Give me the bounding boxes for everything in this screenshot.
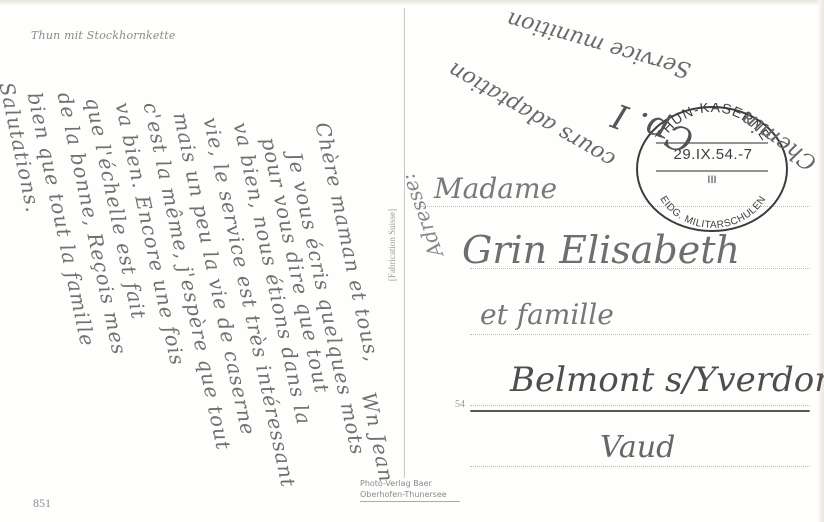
svg-text:EIDG. MILITARSCHULEN: EIDG. MILITARSCHULEN [657,194,768,231]
address-salutation: Madame [434,172,557,205]
address-line-3 [470,334,810,335]
center-divider-line [404,8,405,478]
address-line-5 [470,466,810,467]
address-line-4 [470,405,810,406]
address-town: Belmont s/Yverdon [510,360,824,400]
address-line-2-text: et famille [480,298,614,331]
postmark-number: III [694,174,730,186]
address-canton: Vaud [600,430,675,465]
address-name: Grin Elisabeth [462,228,740,272]
card-number: 851 [33,496,51,511]
publisher-line-1: Photo-Verlag Baer [360,479,432,488]
annotation-service: Service munition [504,6,693,82]
postmark-bottom-text: EIDG. MILITARSCHULEN [657,194,768,231]
publisher-rule [360,501,460,502]
handwritten-underline [470,410,810,412]
card-top-edge [0,0,824,6]
printed-caption: Thun mit Stockhornkette [31,29,176,42]
postcard-back: Thun mit Stockhornkette 851 [Fabrication… [0,0,824,522]
address-line-number: 54 [455,399,465,410]
fabrication-label: [Fabrication Suisse] [387,209,397,281]
annotation-cours: cours adaptation [444,57,619,173]
publisher-line-2: Oberhofen-Thunersee [360,490,447,499]
card-right-edge [818,0,824,522]
